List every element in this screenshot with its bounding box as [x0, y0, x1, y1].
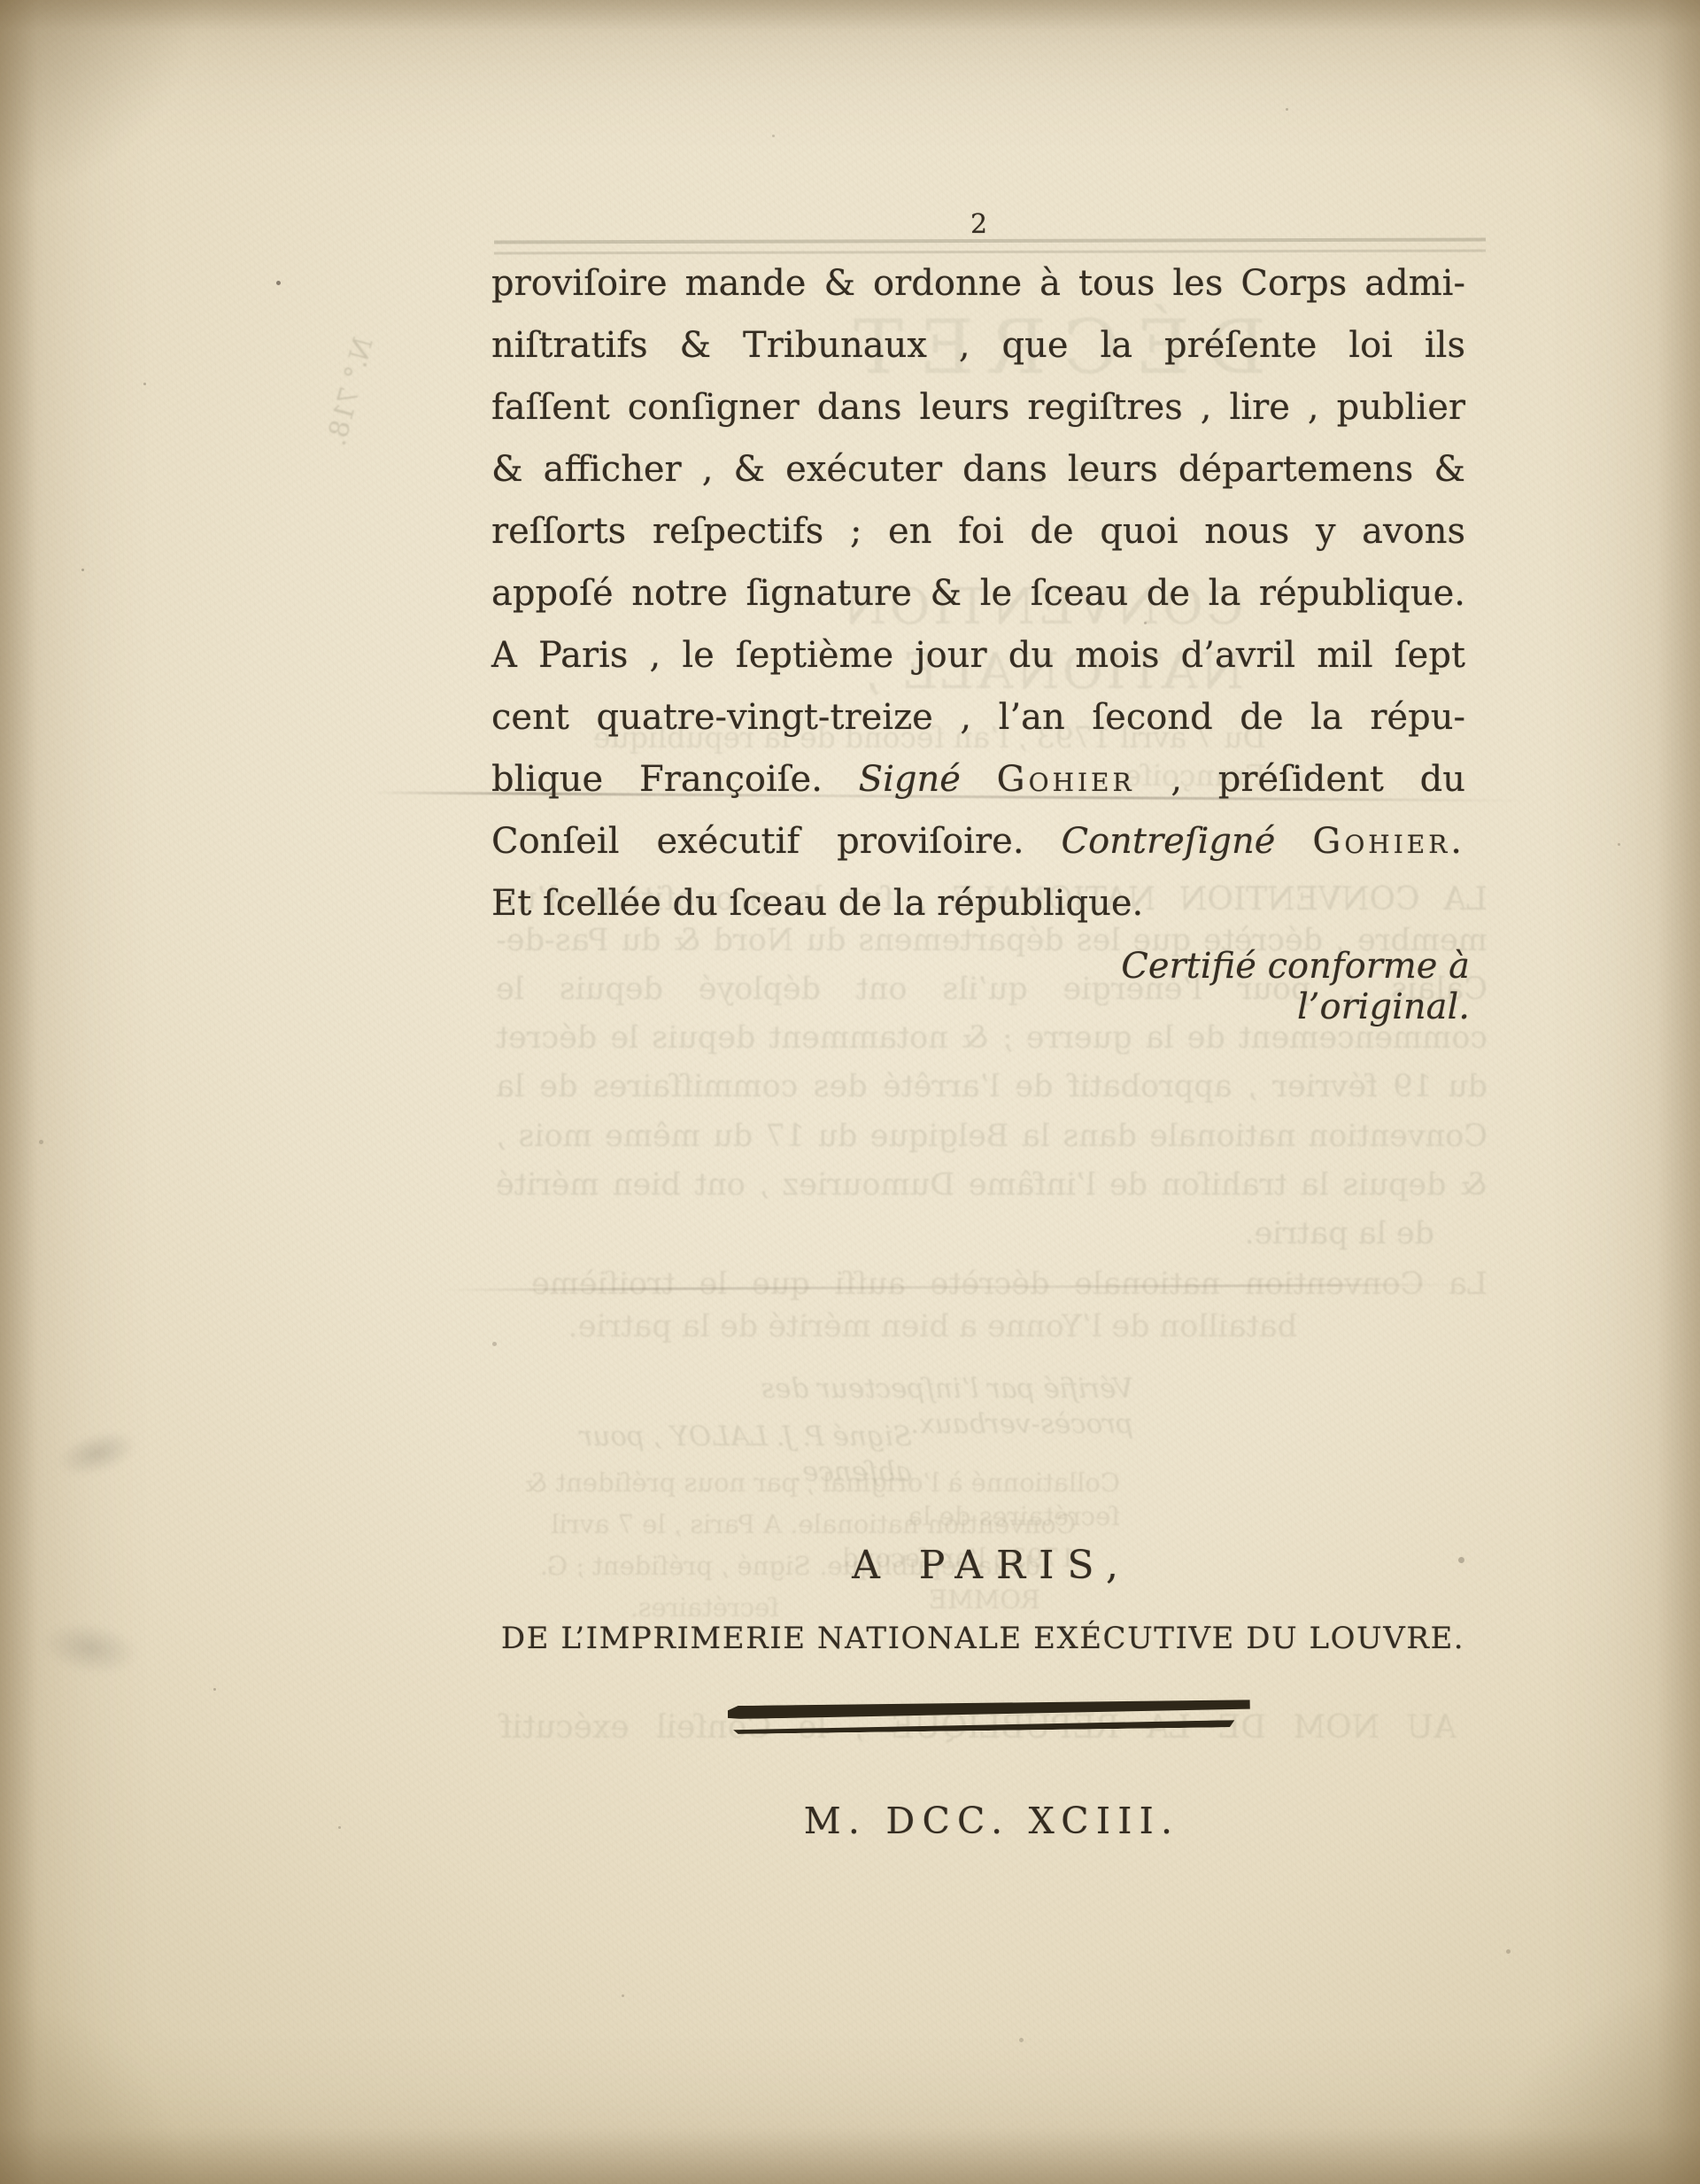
imprint-city: A PARIS,	[726, 1543, 1257, 1588]
imprint-year: M. DCC. XCIII.	[761, 1800, 1222, 1842]
decree-text-segment: Signé	[859, 759, 997, 800]
imprint-printer: DE L’IMPRIMERIE NATIONALE EXÉCUTIVE DU L…	[494, 1621, 1472, 1656]
bleedthrough-line: du 19 février , approbatif de l’arrêté d…	[496, 1067, 1487, 1108]
paper-crease	[443, 1283, 1461, 1291]
decree-line: proviſoire mande & ordonne à tous les Co…	[491, 252, 1465, 314]
paper-specks	[0, 0, 3, 3]
decree-text-segment: Conſeil exécutif proviſoire.	[491, 821, 1061, 862]
decree-line: niſtratifs & Tribunaux , que la préſente…	[491, 314, 1465, 376]
header-rule-top	[494, 238, 1486, 244]
pencil-smudge	[51, 1422, 143, 1484]
decree-text-segment: faſſent conſigner dans leurs regiſtres ,…	[491, 387, 1465, 428]
bleedthrough-line: Collationné à l’original , par nous préſ…	[500, 1467, 1120, 1533]
decree-line: A Paris , le ſeptième jour du mois d’avr…	[491, 624, 1465, 686]
decree-text: proviſoire mande & ordonne à tous les Co…	[491, 252, 1465, 934]
decree-line: faſſent conſigner dans leurs regiſtres ,…	[491, 376, 1465, 438]
decree-text-segment: Contreſigné	[1061, 821, 1312, 862]
decree-text-segment: A Paris , le ſeptième jour du mois d’avr…	[491, 635, 1465, 676]
imprint-rule-thin	[733, 1720, 1234, 1734]
bleedthrough-line: de la patrie.	[1231, 1214, 1434, 1255]
bleedthrough-line: Signé P. J. LALOY , pour abſence.	[531, 1419, 912, 1491]
bleedthrough-line: bataillon de l’Yonne a bien mérité de la…	[500, 1307, 1297, 1348]
decree-line: cent quatre-vingt-treize , l’an ſecond d…	[491, 686, 1465, 748]
page-number: 2	[970, 209, 987, 240]
decree-text-segment: appoſé notre ſignature & le ſceau de la …	[491, 573, 1465, 614]
decree-line: & afficher , & exécuter dans leurs dépar…	[491, 438, 1465, 500]
decree-text-segment: & afficher , & exécuter dans leurs dépar…	[491, 449, 1465, 490]
bleedthrough-line: Vérifié par l’inſpecteur des procès-verb…	[699, 1371, 1133, 1443]
imprint-rule	[728, 1699, 1250, 1734]
decree-line: Et ſcellée du ſceau de la république.	[491, 872, 1465, 934]
bleedthrough-line: La Convention nationale décrète auſſi qu…	[531, 1265, 1487, 1305]
pencil-smudge	[37, 1615, 143, 1682]
decree-text-segment: , préſident du	[1135, 759, 1465, 800]
decree-text-segment: Gohier	[997, 759, 1135, 800]
imprint-rule-thick	[728, 1699, 1250, 1719]
decree-text-segment: Gohier.	[1312, 821, 1465, 862]
decree-line: Conſeil exécutif proviſoire. Contreſigné…	[491, 810, 1465, 872]
bleedthrough-line: N.° 718.	[318, 334, 381, 454]
decree-text-segment: proviſoire mande & ordonne à tous les Co…	[491, 263, 1465, 304]
decree-line: reſſorts reſpectifs ; en foi de quoi nou…	[491, 500, 1465, 562]
decree-text-segment: Et ſcellée du ſceau de la république.	[491, 883, 1143, 924]
bleedthrough-line: & depuis la trahiſon de l’infâme Dumouri…	[496, 1166, 1487, 1206]
decree-text-segment: blique Françoiſe.	[491, 759, 859, 800]
document-page: N.° 718.DÉCRETDE LACONVENTION NATIONALE …	[0, 0, 1700, 2184]
decree-line: appoſé notre ſignature & le ſceau de la …	[491, 562, 1465, 624]
certification-line: Certifié conforme à l’original.	[965, 946, 1470, 1027]
decree-text-segment: niſtratifs & Tribunaux , que la préſente…	[491, 325, 1465, 366]
decree-line: blique Françoiſe. Signé Gohier , préſide…	[491, 748, 1465, 810]
decree-text-segment: reſſorts reſpectifs ; en foi de quoi nou…	[491, 511, 1465, 552]
bleedthrough-line: Convention nationale dans la Belgique du…	[496, 1117, 1487, 1158]
decree-text-segment: cent quatre-vingt-treize , l’an ſecond d…	[491, 697, 1465, 738]
